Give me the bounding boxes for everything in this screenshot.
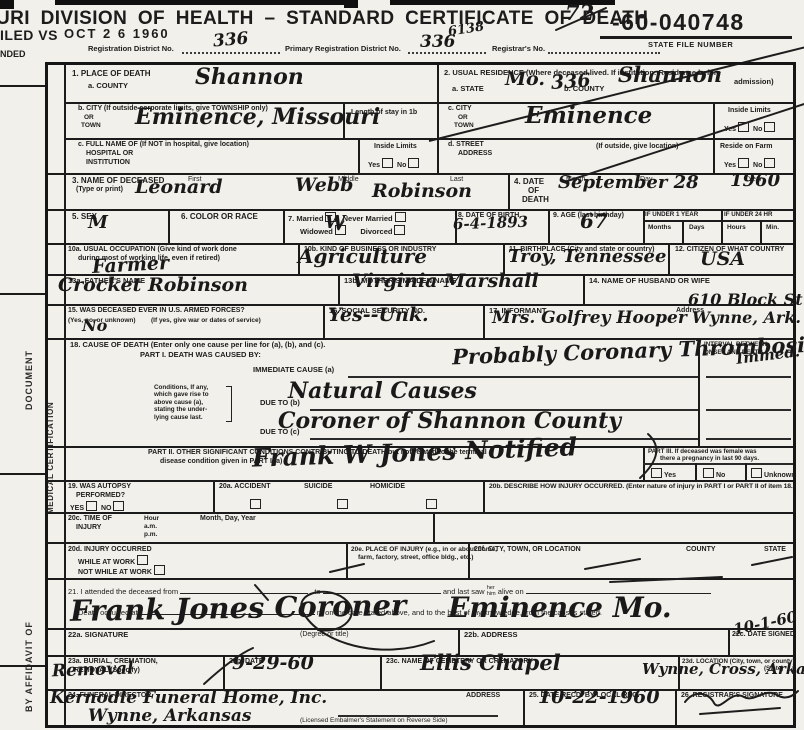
place-of-injury-label-2: farm, factory, street, office bldg., etc…: [358, 554, 473, 561]
or-label: OR: [84, 114, 94, 121]
no-label: No: [753, 162, 762, 169]
conditions-bracket: [226, 386, 232, 422]
city-of-death-value: Eminence, Missouri: [135, 106, 380, 128]
margin-tick: [0, 85, 45, 87]
funeral-home-city-value: Wynne, Arkansas: [88, 708, 251, 725]
yes-label: Yes: [724, 126, 736, 133]
armed-forces-label: 15. WAS DECEASED EVER IN U.S. ARMED FORC…: [68, 307, 245, 315]
am-label: a.m.: [144, 523, 157, 530]
inside-limits-options: Yes No: [724, 122, 777, 134]
accident-checkbox: [250, 499, 261, 509]
residence-city-label: c. CITY: [448, 105, 472, 113]
due-to-b-value: Natural Causes: [288, 380, 477, 402]
first-name-value: Leonard: [135, 178, 223, 197]
unknown-checkbox: [751, 468, 762, 478]
address-blank-line: [338, 715, 498, 717]
inside-limits-options: Yes No: [368, 158, 421, 170]
county-of-death-label: a. COUNTY: [88, 82, 128, 91]
autopsy-label-2: PERFORMED?: [76, 492, 125, 500]
reside-on-farm-label: Reside on Farm: [720, 143, 773, 151]
address-label: ADDRESS: [458, 150, 492, 158]
certifier-address-value: Eminence Mo.: [448, 594, 672, 622]
injury-city-label: 20f. CITY, TOWN, OR LOCATION: [474, 546, 581, 554]
no-checkbox: [764, 122, 775, 132]
days-header: Days: [689, 224, 705, 231]
no-checkbox: [764, 158, 775, 168]
pregnancy-no-option: No: [701, 468, 725, 480]
death-certificate-scan: URI DIVISION OF HEALTH – STANDARD CERTIF…: [0, 0, 804, 730]
while-at-work-checkbox: [137, 555, 148, 565]
time-of-injury-label: 20c. TIME OF: [68, 515, 112, 523]
injury-occurred-label: 20d. INJURY OCCURRED: [68, 546, 152, 554]
not-while-at-work-checkbox: [154, 565, 165, 575]
age-value: 67: [580, 211, 608, 231]
scan-bar: [55, 0, 345, 5]
if-under-1-year-label: IF UNDER 1 YEAR: [645, 211, 698, 218]
accident-label: 20a. ACCIDENT: [219, 483, 270, 491]
no-checkbox: [113, 501, 124, 511]
suicide-checkbox: [337, 499, 348, 509]
divorced-label: Divorced: [360, 227, 392, 236]
margin-label-document: DOCUMENT: [24, 333, 34, 428]
middle-name-value: Webb: [295, 176, 353, 195]
cemetery-value: Ellis Chapel: [420, 652, 561, 673]
date-of-death-label-of: OF: [528, 186, 539, 195]
death-month-day-value: September 28: [558, 174, 699, 192]
never-married-label: Never Married: [343, 214, 393, 223]
margin-tick: [0, 293, 45, 295]
time-of-injury-label-2: INJURY: [76, 524, 101, 532]
informant-value: Mrs. Golfrey Hooper: [492, 310, 687, 327]
fathers-name-value: Crocket Robinson: [58, 276, 248, 295]
date-of-birth-value: 6-4-1893: [453, 215, 529, 233]
death-year-value: 1960: [730, 172, 780, 190]
field-1-label: 1. PLACE OF DEATH: [72, 69, 151, 78]
if-outside-label: (If outside, give location): [596, 143, 678, 151]
certifier-address-label: 22b. ADDRESS: [464, 631, 518, 640]
field-2-label-cont: admission): [734, 78, 774, 87]
town-label: TOWN: [81, 122, 101, 129]
registration-district-value: 336: [212, 30, 249, 50]
injury-state-label: STATE: [764, 546, 786, 554]
month-day-year-label: Month, Day, Year: [200, 515, 256, 523]
date-of-death-label-death: DEATH: [522, 195, 549, 204]
sex-value: M: [88, 214, 108, 232]
county-of-death-value: Shannon: [195, 66, 304, 88]
margin-tick: [0, 473, 45, 475]
or-label: OR: [458, 114, 468, 121]
institution-label: INSTITUTION: [86, 159, 130, 167]
inside-limits-label: Inside Limits: [728, 107, 771, 115]
type-or-print-label: (Type or print): [76, 186, 123, 194]
filed-stamp-fragment: ILED VS: [0, 27, 58, 43]
pregnancy-unknown-option: Unknown: [749, 468, 796, 480]
residence-city-value: Eminence: [525, 104, 652, 127]
not-while-at-work-option: NOT WHILE AT WORK: [78, 565, 167, 577]
birthplace-value: Troy, Tennessee: [508, 248, 666, 266]
yes-label: Yes: [724, 162, 736, 169]
farm-options: Yes No: [724, 158, 777, 170]
married-label: 7. Married: [288, 214, 323, 223]
industry-value: Agriculture: [298, 246, 427, 266]
registrar-signature-label: 26. REGISTRAR'S SIGNATURE: [681, 692, 783, 700]
yes-checkbox: [738, 122, 749, 132]
scan-blob: [344, 0, 358, 8]
color-or-race-label: 6. COLOR OR RACE: [181, 212, 258, 221]
mothers-maiden-name-value: Virginia Marshall: [352, 272, 539, 291]
never-married-checkbox: [395, 212, 406, 222]
citizen-value: USA: [700, 250, 745, 269]
due-to-c-value: Coroner of Shannon County: [278, 410, 621, 432]
burial-location-value: Wynne, Cross, Arkansas: [642, 662, 804, 677]
autopsy-label: 19. WAS AUTOPSY: [68, 483, 131, 491]
injury-county-label: COUNTY: [686, 546, 716, 554]
pregnancy-yes-option: Yes: [649, 468, 676, 480]
inside-limits-label: Inside Limits: [374, 143, 417, 151]
immediate-cause-label: IMMEDIATE CAUSE (a): [253, 366, 334, 375]
primary-registration-label: Primary Registration District No.: [285, 45, 401, 54]
no-label: NO: [101, 505, 112, 512]
state-file-number: -60-040748: [612, 9, 745, 35]
marital-row-1: 7. Married Never Married: [288, 212, 408, 224]
ssn-value: Yes--Unk.: [328, 306, 429, 325]
embalmer-note: (Licensed Embalmer's Statement on Revers…: [300, 717, 448, 724]
dotted-line: [548, 40, 660, 54]
homicide-checkbox: [426, 499, 437, 509]
date-of-death-label: 4. DATE: [514, 177, 544, 186]
marital-row-2: Widowed Divorced: [300, 225, 407, 237]
months-header: Months: [648, 224, 671, 231]
informant-address-value-2: Wynne, Ark.: [692, 310, 801, 326]
min-header: Min.: [766, 224, 779, 231]
homicide-label: HOMICIDE: [370, 483, 405, 491]
margin-label-by-affidavit-of: BY AFFIDAVIT OF: [24, 613, 34, 721]
suicide-label: SUICIDE: [304, 483, 332, 491]
no-checkbox: [408, 158, 419, 168]
degree-or-title-label: (Degree or title): [300, 631, 349, 639]
registration-district-label: Registration District No.: [88, 45, 174, 54]
cause-of-death-label: 18. CAUSE OF DEATH (Enter only one cause…: [70, 341, 325, 350]
husband-or-wife-label: 14. NAME OF HUSBAND OR WIFE: [589, 277, 710, 286]
residence-county-value: Shannon: [618, 64, 722, 85]
divorced-checkbox: [394, 225, 405, 235]
hospital-name-label: c. FULL NAME OF (If NOT in hospital, giv…: [78, 141, 249, 149]
burial-date-value: 9-29-60: [232, 654, 314, 673]
certifier-signature-value: Frank Jones Coroner: [70, 591, 407, 626]
residence-state-value: Mo.: [505, 70, 545, 89]
armed-forces-value: No: [82, 318, 107, 334]
yes-label: YES: [70, 505, 84, 512]
yes-checkbox: [86, 501, 97, 511]
hours-header: Hours: [727, 224, 746, 231]
pm-label: p.m.: [144, 531, 157, 538]
race-value: W: [325, 214, 345, 232]
part-3-label-2: there a pregnancy in last 90 days.: [660, 455, 759, 462]
armed-forces-label-3: (If yes, give war or dates of service): [151, 317, 261, 324]
amended-fragment: NDED: [0, 49, 26, 59]
yes-checkbox: [738, 158, 749, 168]
informant-address-value-1: 610 Block St.: [688, 292, 804, 308]
filed-date-stamp: OCT 2 6 1960: [64, 27, 170, 42]
if-under-24-hr-label: IF UNDER 24 HR: [724, 211, 772, 218]
autopsy-options: YES NO: [70, 501, 126, 513]
no-label: No: [397, 162, 406, 169]
town-label: TOWN: [454, 122, 474, 129]
registrar-no-label: Registrar's No.: [492, 45, 545, 54]
residence-county-label: b. COUNTY: [564, 85, 604, 94]
hospital-or-label: HOSPITAL OR: [86, 150, 133, 158]
certifier-signature-label: 22a. SIGNATURE: [68, 631, 128, 640]
conditions-note: Conditions, If any, which gave rise to a…: [154, 384, 209, 421]
street-label: d. STREET: [448, 141, 484, 149]
yes-label: Yes: [368, 162, 380, 169]
yes-checkbox: [382, 158, 393, 168]
handwritten-number: 72: [565, 2, 594, 23]
inner-margin-line: [64, 65, 66, 725]
funeral-director-address-label: ADDRESS: [466, 692, 500, 700]
margin-tick: [0, 665, 45, 667]
no-label: No: [753, 126, 762, 133]
hour-label: Hour: [144, 515, 159, 522]
burial-type-value: Removal: [52, 661, 134, 681]
yes-checkbox: [651, 468, 662, 478]
no-checkbox: [703, 468, 714, 478]
last-name-value: Robinson: [372, 182, 472, 201]
part-1-label: PART I. DEATH WAS CAUSED BY:: [140, 351, 261, 360]
describe-injury-label: 20b. DESCRIBE HOW INJURY OCCURRED. (Ente…: [489, 483, 795, 491]
date-received-value: 10-22-1960: [538, 688, 660, 707]
funeral-home-value: Kernodle Funeral Home, Inc.: [50, 690, 327, 707]
residence-state-label: a. STATE: [452, 85, 484, 94]
